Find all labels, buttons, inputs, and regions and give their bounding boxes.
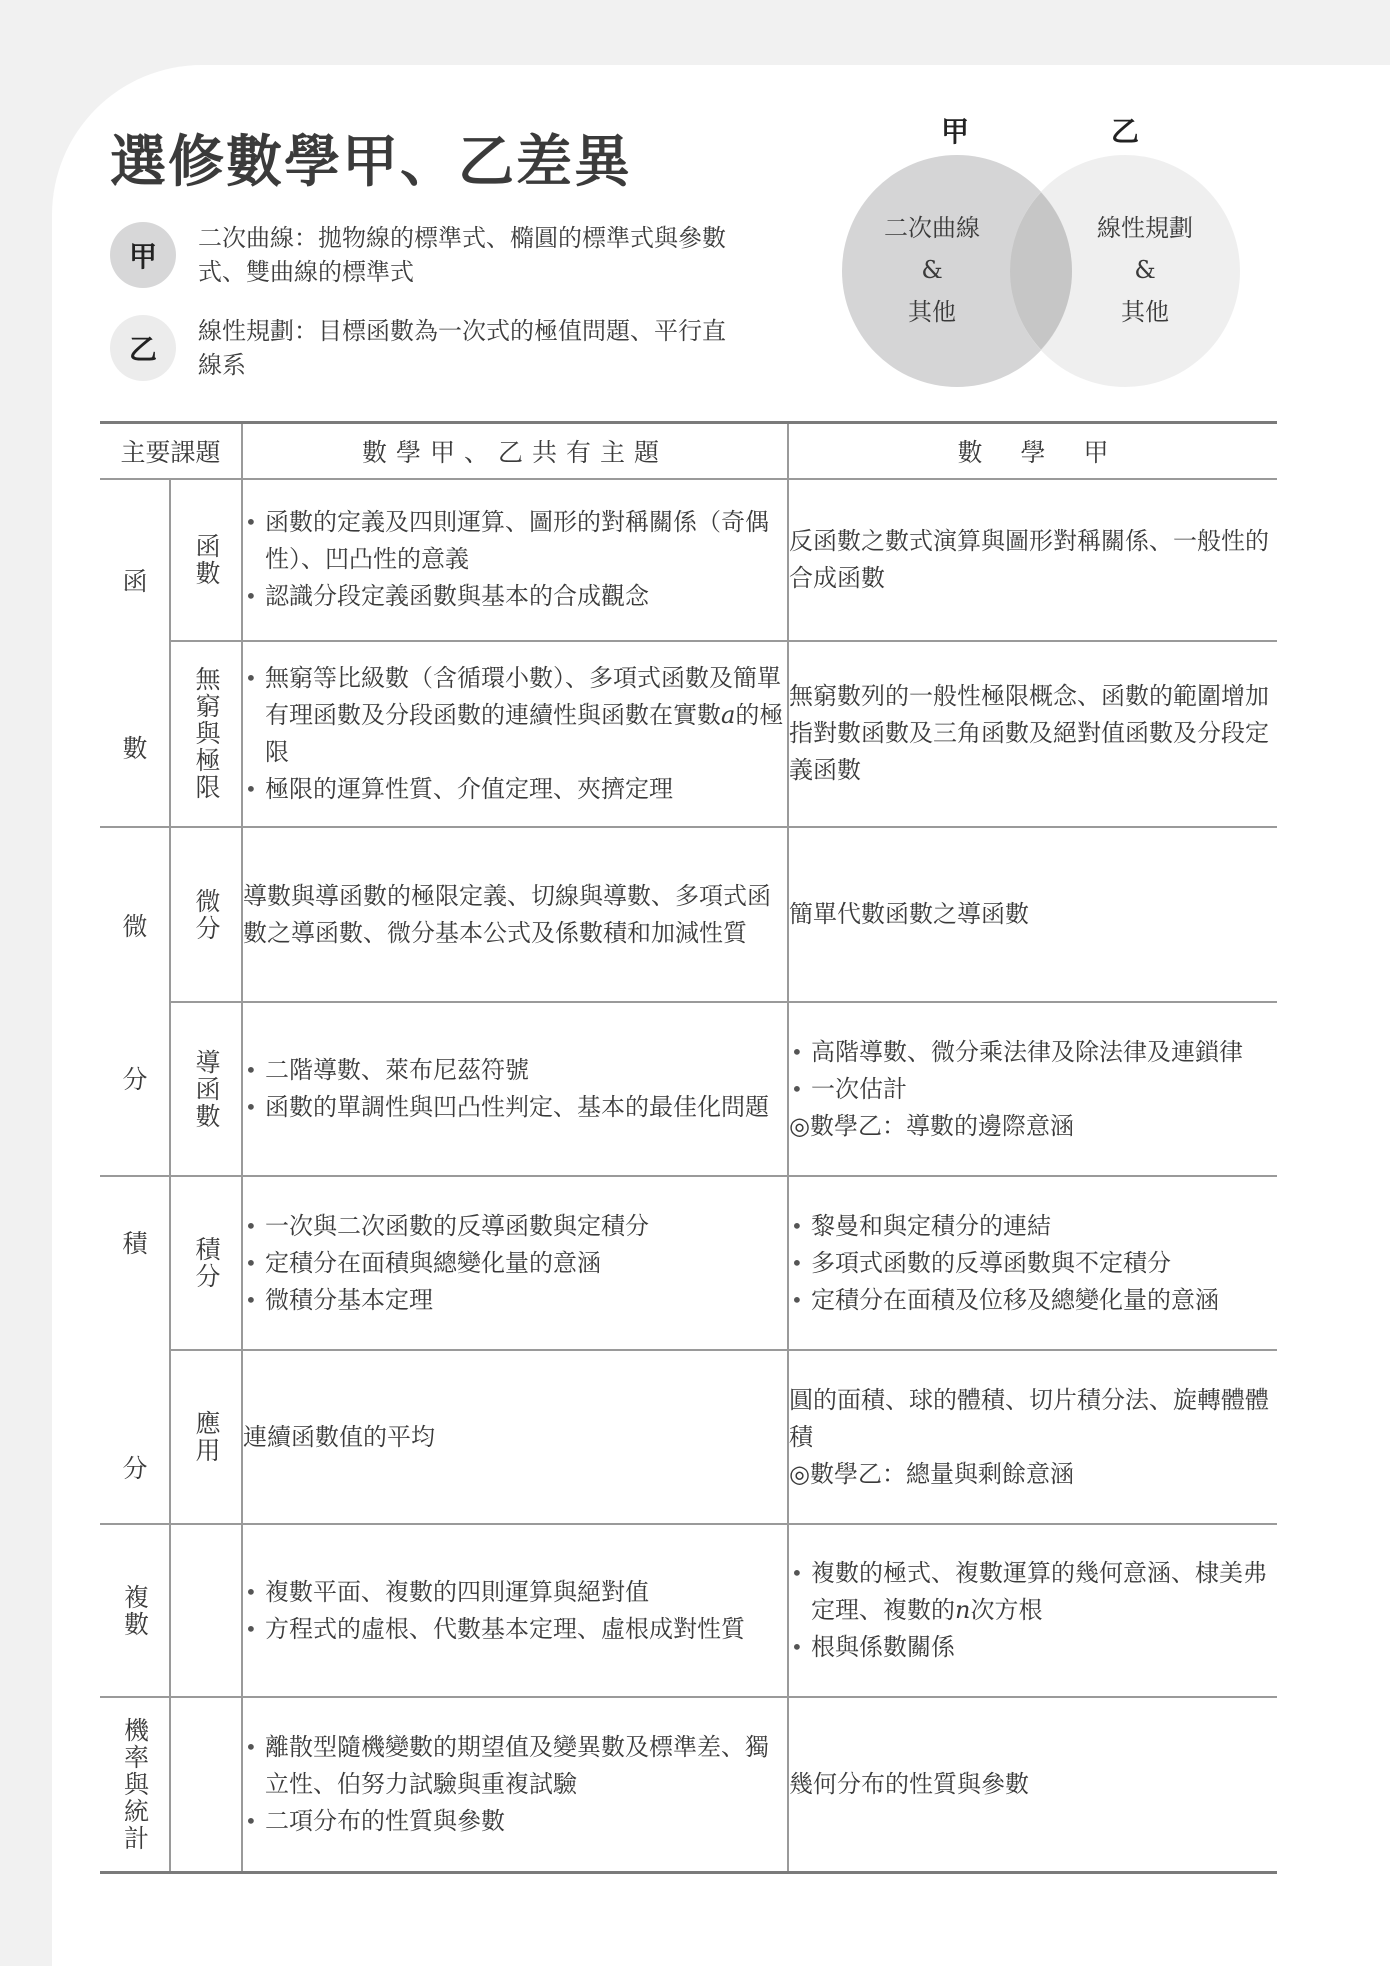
math-variable: a — [721, 701, 735, 729]
bullet-item: 二階導數、萊布尼茲符號 — [243, 1052, 787, 1089]
major-topic-probability: 機率與統計 — [100, 1697, 170, 1872]
bullet-item: 認識分段定義函數與基本的合成觀念 — [243, 578, 787, 615]
header-common: 數學甲、乙共有主題 — [242, 423, 788, 480]
venn-text-yi: 線性規劃 & 其他 — [1065, 207, 1225, 333]
sub-topic-label: 導函數 — [191, 1049, 221, 1130]
venn-jia-line1: 二次曲線 — [852, 207, 1012, 249]
common-cell: 複數平面、複數的四則運算與絕對值 方程式的虛根、代數基本定理、虛根成對性質 — [242, 1524, 788, 1697]
note-math-yi: ◎數學乙：總量與剩餘意涵 — [789, 1456, 1277, 1493]
table-row: 導函數 二階導數、萊布尼茲符號 函數的單調性與凹凸性判定、基本的最佳化問題 高階… — [100, 1002, 1277, 1176]
common-cell: 離散型隨機變數的期望值及變異數及標準差、獨立性、伯努力試驗與重複試驗 二項分布的… — [242, 1697, 788, 1872]
bullet-text: 無窮等比級數（含循環小數）、多項式函數及簡單有理函數及分段函數的連續性與函數在實… — [265, 664, 781, 729]
bullet-item: 根與係數關係 — [789, 1629, 1277, 1666]
bullet-item: 複數平面、複數的四則運算與絕對值 — [243, 1574, 787, 1611]
header-topic: 主要課題 — [100, 423, 242, 480]
major-char: 微 — [122, 907, 147, 943]
bullet-item: 一次與二次函數的反導函數與定積分 — [243, 1208, 787, 1245]
major-topic-complex: 複數 — [100, 1524, 170, 1697]
table-row: 機率與統計 離散型隨機變數的期望值及變異數及標準差、獨立性、伯努力試驗與重複試驗… — [100, 1697, 1277, 1872]
sub-topic-label: 無窮與極限 — [191, 666, 221, 801]
jia-cell: 幾何分布的性質與參數 — [788, 1697, 1277, 1872]
table-row: 無窮與極限 無窮等比級數（含循環小數）、多項式函數及簡單有理函數及分段函數的連續… — [100, 641, 1277, 827]
jia-text: 圓的面積、球的體積、切片積分法、旋轉體體積 — [789, 1382, 1277, 1456]
venn-text-jia: 二次曲線 & 其他 — [852, 207, 1012, 333]
comparison-table: 主要課題 數學甲、乙共有主題 數學甲 函 數 函數 函數的定義及四則運算、圖形的… — [100, 421, 1277, 1874]
sub-topic-label: 函數 — [191, 533, 221, 587]
jia-cell: 圓的面積、球的體積、切片積分法、旋轉體體積 ◎數學乙：總量與剩餘意涵 — [788, 1350, 1277, 1524]
major-char: 積 — [122, 1224, 147, 1260]
bullet-item: 黎曼和與定積分的連結 — [789, 1208, 1277, 1245]
table-row: 微 分 微分 導數與導函數的極限定義、切線與導數、多項式函數之導函數、微分基本公… — [100, 827, 1277, 1002]
major-label: 機率與統計 — [120, 1717, 150, 1852]
bullet-item: 一次估計 — [789, 1071, 1277, 1108]
sub-topic-label: 微分 — [191, 888, 221, 942]
common-cell: 導數與導函數的極限定義、切線與導數、多項式函數之導函數、微分基本公式及係數積和加… — [242, 827, 788, 1002]
venn-yi-line3: 其他 — [1065, 291, 1225, 333]
jia-cell: 無窮數列的一般性極限概念、函數的範圍增加指對數函數及三角函數及絕對值函數及分段定… — [788, 641, 1277, 827]
sub-topic-empty — [170, 1524, 242, 1697]
sub-topic: 無窮與極限 — [170, 641, 242, 827]
bullet-item: 複數的極式、複數運算的幾何意涵、棣美弗定理、複數的n次方根 — [789, 1555, 1277, 1629]
sub-topic-label: 應用 — [191, 1410, 221, 1464]
note-math-yi: ◎數學乙：導數的邊際意涵 — [789, 1108, 1277, 1145]
bullet-item: 多項式函數的反導函數與不定積分 — [789, 1245, 1277, 1282]
venn-jia-line2: & — [852, 249, 1012, 291]
venn-yi-line2: & — [1065, 249, 1225, 291]
major-char: 函 — [122, 562, 147, 598]
sub-topic: 積分 — [170, 1176, 242, 1350]
venn-jia-line3: 其他 — [852, 291, 1012, 333]
common-cell: 連續函數值的平均 — [242, 1350, 788, 1524]
major-topic-integral: 積 分 — [100, 1176, 170, 1524]
sub-topic: 微分 — [170, 827, 242, 1002]
bullet-item: 函數的單調性與凹凸性判定、基本的最佳化問題 — [243, 1089, 787, 1126]
header-jia: 數學甲 — [788, 423, 1277, 480]
common-cell: 函數的定義及四則運算、圖形的對稱關係（奇偶性）、凹凸性的意義 認識分段定義函數與… — [242, 479, 788, 641]
sub-topic: 函數 — [170, 479, 242, 641]
sub-topic-label: 積分 — [191, 1236, 221, 1290]
common-cell: 二階導數、萊布尼茲符號 函數的單調性與凹凸性判定、基本的最佳化問題 — [242, 1002, 788, 1176]
bullet-item: 離散型隨機變數的期望值及變異數及標準差、獨立性、伯努力試驗與重複試驗 — [243, 1729, 787, 1803]
major-char: 數 — [122, 729, 147, 765]
table-header-row: 主要課題 數學甲、乙共有主題 數學甲 — [100, 423, 1277, 480]
bullet-text: 次方根 — [970, 1596, 1042, 1624]
bullet-item: 極限的運算性質、介值定理、夾擠定理 — [243, 771, 787, 808]
table-row: 函 數 函數 函數的定義及四則運算、圖形的對稱關係（奇偶性）、凹凸性的意義 認識… — [100, 479, 1277, 641]
jia-cell: 反函數之數式演算與圖形對稱關係、一般性的合成函數 — [788, 479, 1277, 641]
bullet-item: 微積分基本定理 — [243, 1282, 787, 1319]
common-cell: 無窮等比級數（含循環小數）、多項式函數及簡單有理函數及分段函數的連續性與函數在實… — [242, 641, 788, 827]
major-char: 分 — [122, 1060, 147, 1096]
venn-yi-line1: 線性規劃 — [1065, 207, 1225, 249]
sub-topic-empty — [170, 1697, 242, 1872]
table-row: 積 分 積分 一次與二次函數的反導函數與定積分 定積分在面積與總變化量的意涵 微… — [100, 1176, 1277, 1350]
sub-topic: 導函數 — [170, 1002, 242, 1176]
bullet-item: 函數的定義及四則運算、圖形的對稱關係（奇偶性）、凹凸性的意義 — [243, 504, 787, 578]
bullet-item: 無窮等比級數（含循環小數）、多項式函數及簡單有理函數及分段函數的連續性與函數在實… — [243, 660, 787, 771]
math-variable: n — [955, 1596, 970, 1624]
bullet-item: 定積分在面積與總變化量的意涵 — [243, 1245, 787, 1282]
table-row: 應用 連續函數值的平均 圓的面積、球的體積、切片積分法、旋轉體體積 ◎數學乙：總… — [100, 1350, 1277, 1524]
bullet-item: 高階導數、微分乘法律及除法律及連鎖律 — [789, 1034, 1277, 1071]
bullet-item: 定積分在面積及位移及總變化量的意涵 — [789, 1282, 1277, 1319]
common-cell: 一次與二次函數的反導函數與定積分 定積分在面積與總變化量的意涵 微積分基本定理 — [242, 1176, 788, 1350]
major-label: 複數 — [120, 1584, 150, 1638]
jia-cell: 簡單代數函數之導函數 — [788, 827, 1277, 1002]
bullet-item: 二項分布的性質與參數 — [243, 1803, 787, 1840]
table-row: 複數 複數平面、複數的四則運算與絕對值 方程式的虛根、代數基本定理、虛根成對性質… — [100, 1524, 1277, 1697]
major-char: 分 — [122, 1449, 147, 1485]
major-topic-differential: 微 分 — [100, 827, 170, 1176]
jia-cell: 高階導數、微分乘法律及除法律及連鎖律 一次估計 ◎數學乙：導數的邊際意涵 — [788, 1002, 1277, 1176]
bullet-item: 方程式的虛根、代數基本定理、虛根成對性質 — [243, 1611, 787, 1648]
sub-topic: 應用 — [170, 1350, 242, 1524]
jia-cell: 複數的極式、複數運算的幾何意涵、棣美弗定理、複數的n次方根 根與係數關係 — [788, 1524, 1277, 1697]
major-topic-function: 函 數 — [100, 479, 170, 827]
jia-cell: 黎曼和與定積分的連結 多項式函數的反導函數與不定積分 定積分在面積及位移及總變化… — [788, 1176, 1277, 1350]
